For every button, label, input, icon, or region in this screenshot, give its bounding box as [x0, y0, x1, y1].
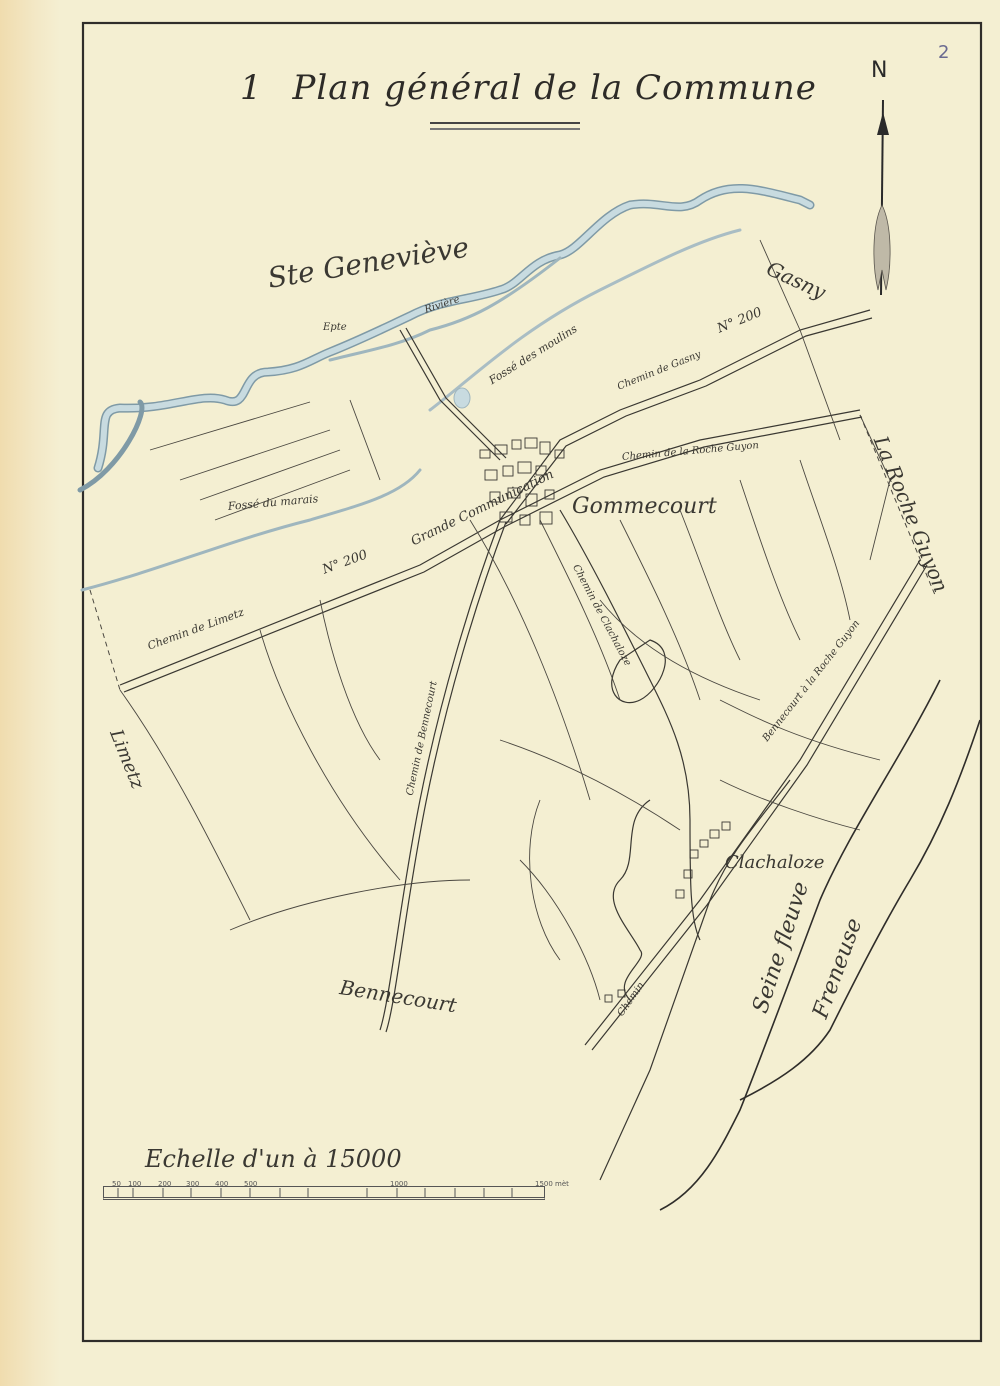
- commune-boundary: [90, 415, 935, 690]
- scale-tick: 1500 mèt: [535, 1180, 569, 1188]
- village-clachaloze: [605, 822, 730, 1002]
- map-drawing: [0, 0, 1000, 1386]
- scale-tick: 100: [128, 1180, 141, 1188]
- north-arrow-icon: [874, 100, 890, 295]
- scale-tick: 1000: [390, 1180, 408, 1188]
- scale-bar: [103, 1186, 545, 1200]
- title-text: Plan général de la Commune: [292, 68, 816, 108]
- label-gommecourt: Gommecourt: [572, 494, 717, 519]
- scale-tick: 50: [112, 1180, 121, 1188]
- title-underline: [430, 122, 580, 130]
- scale-tick: 200: [158, 1180, 171, 1188]
- page-number: 2: [938, 42, 949, 63]
- map-title: 1 Plan général de la Commune: [240, 68, 817, 108]
- scale-tick: 400: [215, 1180, 228, 1188]
- north-label: N: [871, 58, 887, 83]
- roads: [120, 310, 927, 1180]
- label-clachaloze: Clachaloze: [725, 852, 824, 873]
- plate-number: 1: [240, 68, 263, 108]
- scale-tick: 300: [186, 1180, 199, 1188]
- scale-tick: 500: [244, 1180, 257, 1188]
- seine-river: [660, 680, 980, 1210]
- label-epte: Epte: [323, 322, 347, 333]
- scale-title: Echelle d'un à 15000: [145, 1145, 402, 1173]
